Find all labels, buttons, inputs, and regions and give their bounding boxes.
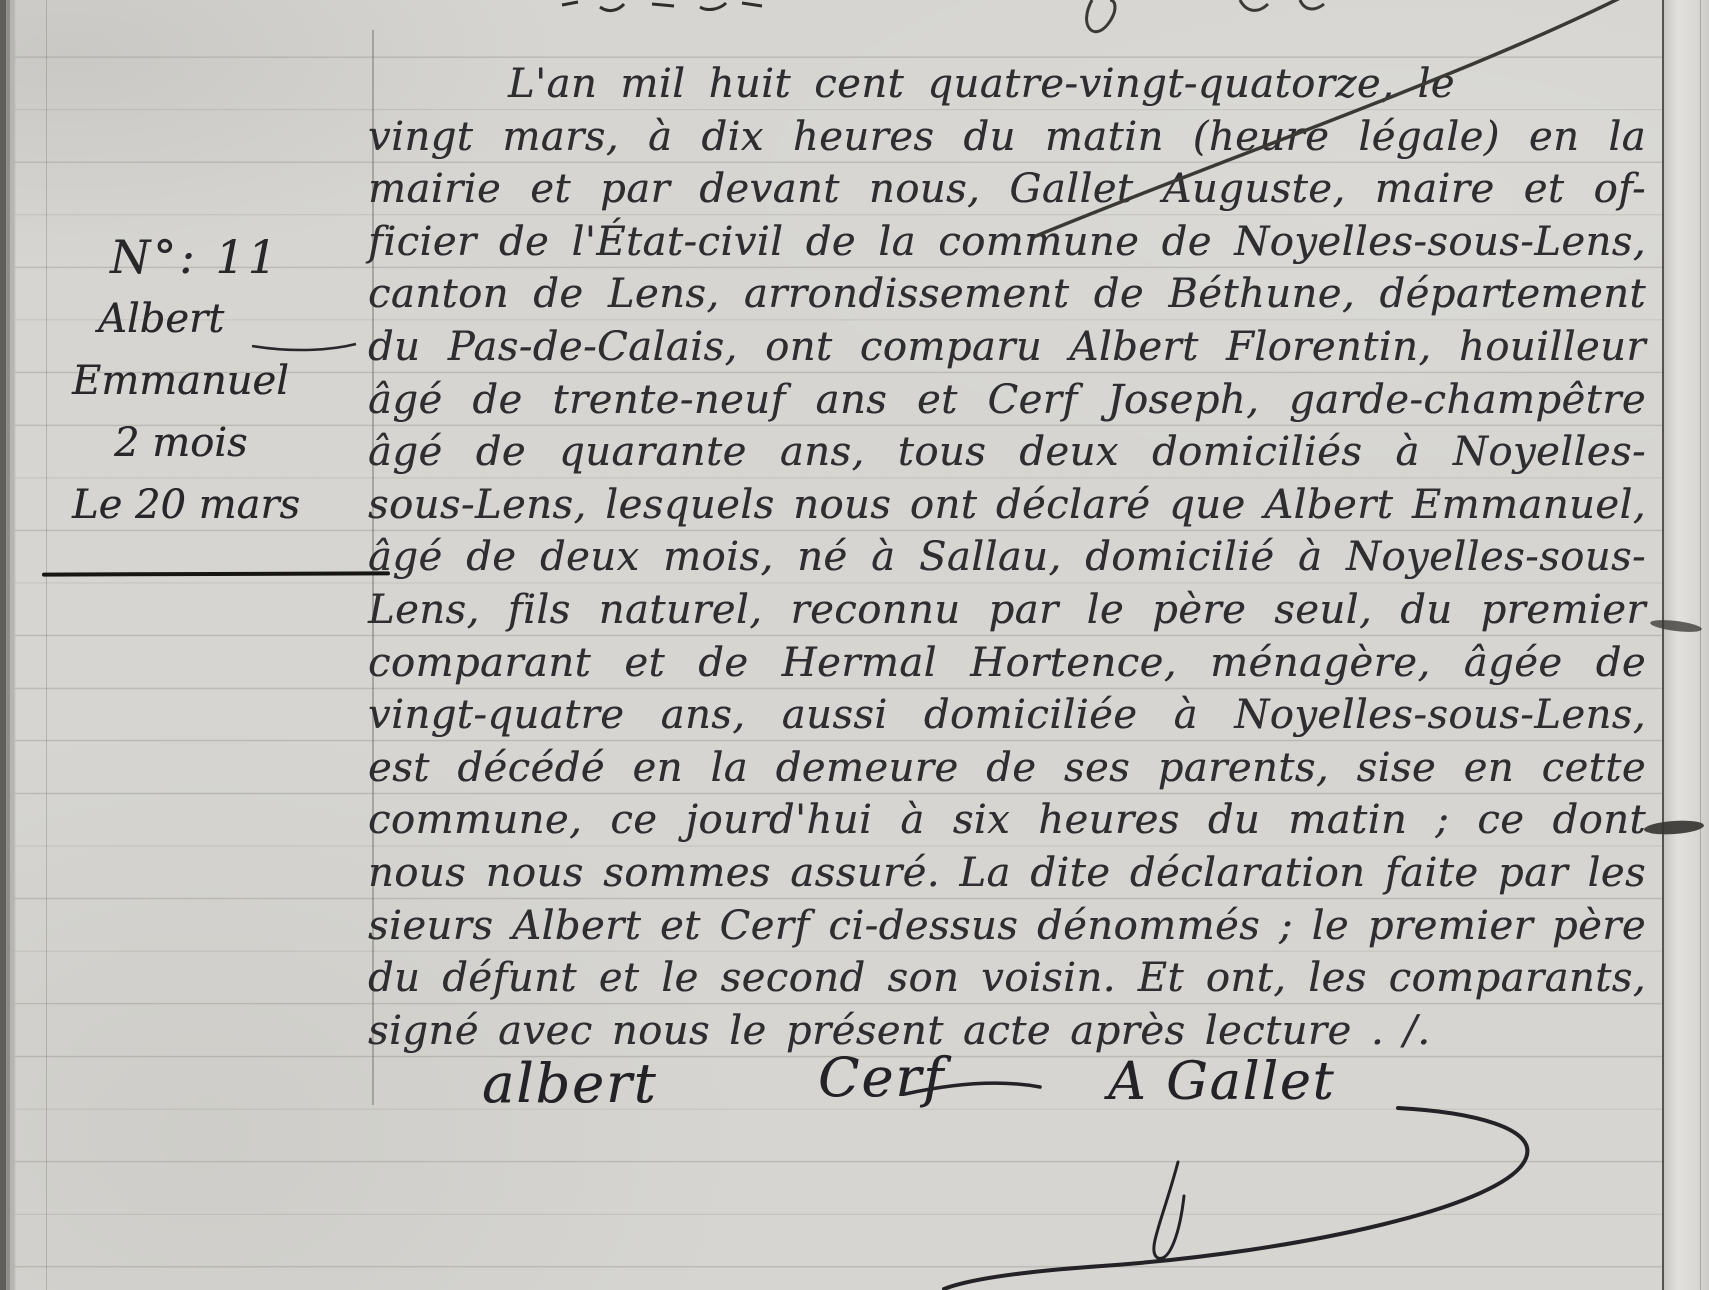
signature-declarant-cerf: Cerf <box>818 1046 945 1109</box>
act-text-line: âgé de trente-neuf ans et Cerf Joseph, g… <box>368 374 1646 427</box>
margin-deceased-name-line2: Emmanuel <box>72 350 370 412</box>
margin-annotation: N°: 11 Albert Emmanuel 2 mois Le 20 mars <box>70 226 370 536</box>
act-text-line: Lens, fils naturel, reconnu par le père … <box>368 584 1646 637</box>
act-text-line: sous-Lens, lesquels nous ont déclaré que… <box>368 479 1646 532</box>
scanned-register-page: N°: 11 Albert Emmanuel 2 mois Le 20 mars… <box>0 0 1709 1290</box>
binding-edge <box>0 0 18 1290</box>
page-fold-crease <box>1662 0 1709 1290</box>
signature-declarant-albert: albert <box>482 1052 658 1115</box>
act-text-line: commune, ce jourd'hui à six heures du ma… <box>368 794 1646 847</box>
act-body: L'an mil huit cent quatre-vingt-quatorze… <box>368 58 1646 1057</box>
left-margin-rule <box>46 0 47 1290</box>
margin-record-number: N°: 11 <box>110 226 370 288</box>
act-text-line: du défunt et le second son voisin. Et on… <box>368 952 1646 1005</box>
act-text-line: ficier de l'État-civil de la commune de … <box>368 216 1646 269</box>
margin-age: 2 mois <box>114 412 370 474</box>
act-text-line: L'an mil huit cent quatre-vingt-quatorze… <box>368 58 1646 111</box>
act-text-line: sieurs Albert et Cerf ci-dessus dénommés… <box>368 900 1646 953</box>
margin-deceased-name-line1: Albert <box>98 288 370 350</box>
page-fold-inner-line <box>1700 0 1701 1290</box>
act-text-line: mairie et par devant nous, Gallet August… <box>368 163 1646 216</box>
signature-officer-gallet: A Gallet <box>1108 1052 1336 1112</box>
act-text-line: vingt mars, à dix heures du matin (heure… <box>368 111 1646 164</box>
act-text-line: du Pas-de-Calais, ont comparu Albert Flo… <box>368 321 1646 374</box>
act-text-line: signé avec nous le présent acte après le… <box>368 1005 1646 1058</box>
act-text-line: est décédé en la demeure de ses parents,… <box>368 742 1646 795</box>
act-text-line: comparant et de Hermal Hortence, ménagèr… <box>368 637 1646 690</box>
act-text-line: vingt-quatre ans, aussi domiciliée à Noy… <box>368 689 1646 742</box>
act-text-line: nous nous sommes assuré. La dite déclara… <box>368 847 1646 900</box>
act-text-line: âgé de deux mois, né à Sallau, domicilié… <box>368 531 1646 584</box>
act-text-line: canton de Lens, arrondissement de Béthun… <box>368 268 1646 321</box>
act-text-line: âgé de quarante ans, tous deux domicilié… <box>368 426 1646 479</box>
margin-date: Le 20 mars <box>72 474 370 536</box>
